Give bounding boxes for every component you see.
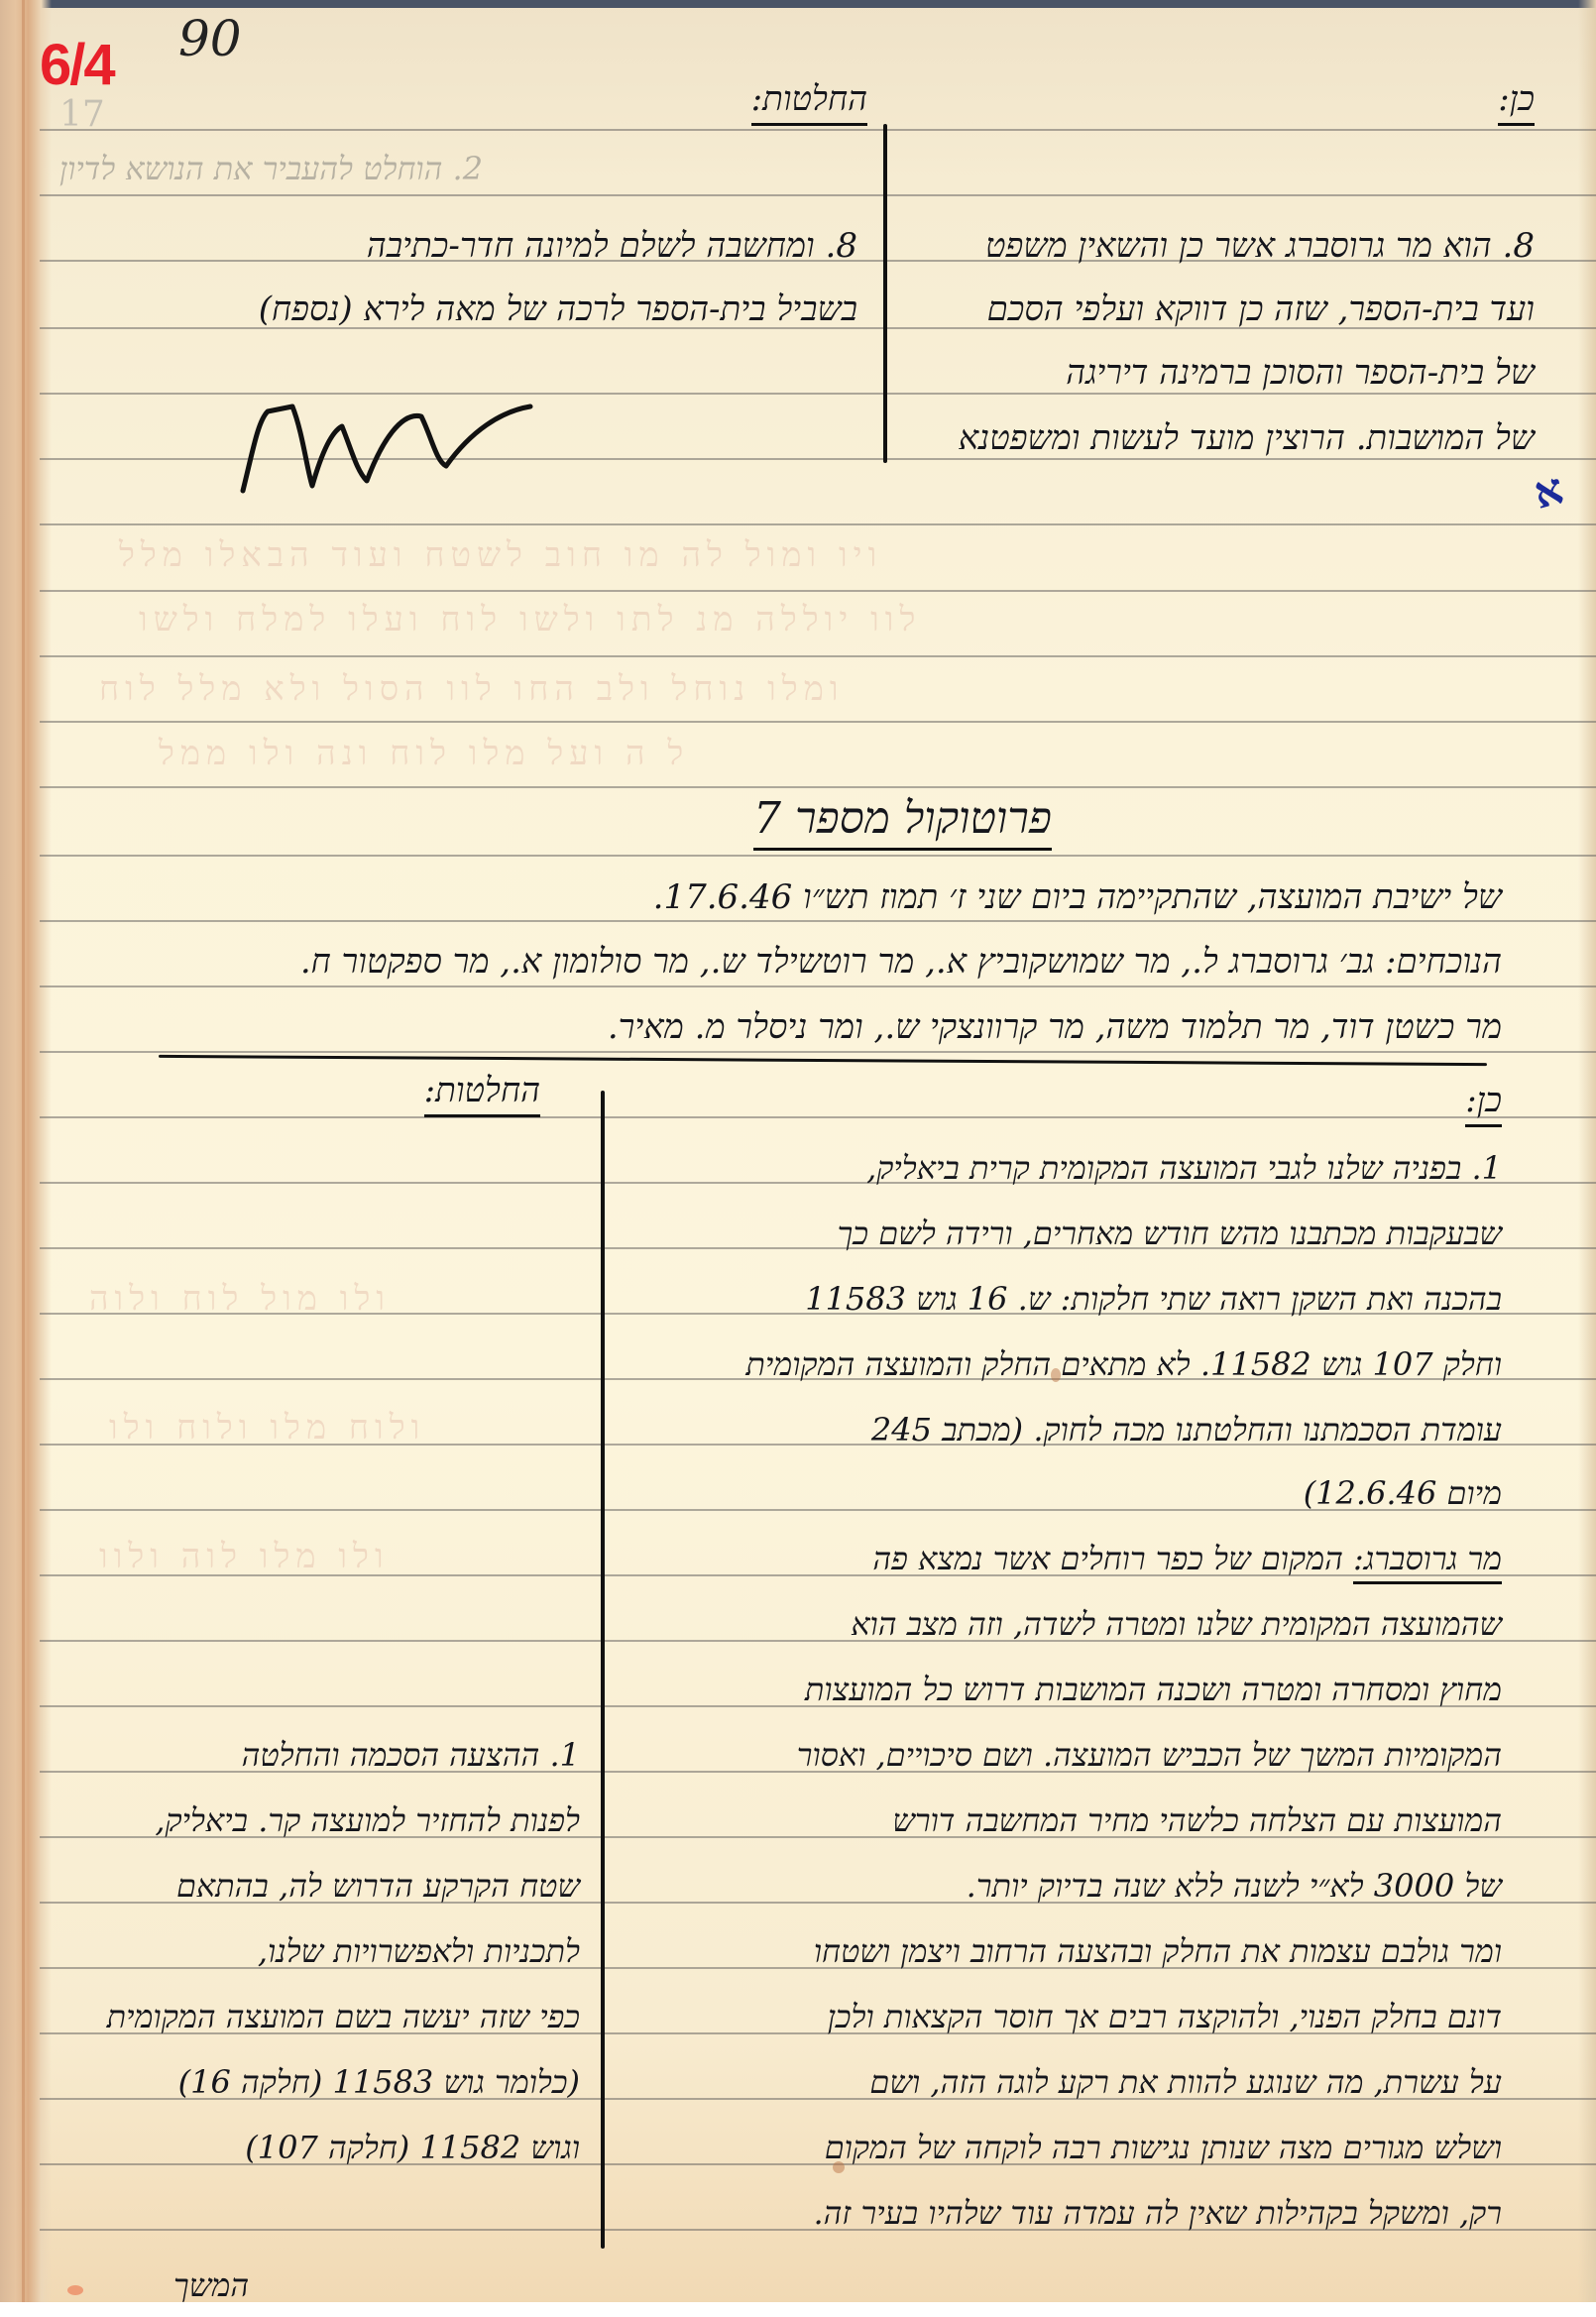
signature [233, 392, 540, 501]
decision-line: וגוש 11582 (חלקה 107) [245, 2128, 580, 2167]
ruled-line [40, 786, 1596, 788]
bleed-through-text: ל ה ועל מלו לוח ונה ולו ממל [159, 734, 689, 773]
ruled-line [40, 1116, 1596, 1118]
bottom-left-header: החלטות: [424, 1071, 540, 1117]
item-line: של 3000 לא״י לשנה ללא שנה בדיוק יותר. [967, 1866, 1502, 1906]
item-line: על עשרת, מה שנוגע להוות את רקע לוגה הזה,… [869, 2062, 1502, 2102]
top-left-header: החלטות: [751, 79, 867, 126]
top-right-header: כן: [1498, 79, 1535, 126]
item-line: ועד בית-הספר, שזה כן דווקא ועלפי הסכם [987, 290, 1535, 329]
decision-line: לתכניות ולאפשרויות שלנו, [258, 1931, 580, 1971]
protocol-header-line: של ישיבת המועצה, שהתקיימה ביום שני ז׳ תמ… [653, 877, 1502, 917]
ruled-line [40, 194, 1596, 196]
notebook-page: ויו ומול לה מו חוב לשטח ועוד הבאלו מלל ל… [0, 0, 1596, 2302]
page-binding-edge [0, 0, 52, 2302]
item-number: 1. [1471, 1149, 1502, 1187]
item-line: 8. ומחשבה לשלם למיונה חדר-כתיבה [367, 226, 857, 266]
item-line: בהכנה ואת השקן רואה שתי חלקות: ש. 16 גוש… [805, 1279, 1502, 1319]
ink-stain [833, 2161, 845, 2173]
scan-top-border [0, 0, 1596, 8]
bleed-through-text: ויו ומול לה מו חוב לשטח ועוד הבאלו מלל [119, 535, 882, 575]
item-number: 8. [826, 226, 857, 266]
faint-item-2: 2. הוחלט להעביר את הנושא לדיון [59, 149, 483, 188]
decision-line: 1. ההצעה הסכמה והחלטה [242, 1735, 580, 1775]
item-number: 1. [549, 1736, 580, 1774]
attendees-line: מר כשטן דוד, מר תלמוד משה, מר קרוונצקי ש… [608, 1007, 1502, 1047]
attendees-line: הנוכחים: גב׳ גרוסברג ל., מר שמושקוביץ א.… [300, 942, 1502, 982]
item-line: וחלק 107 גוש 11582. לא מתאים החלק והמועצ… [745, 1344, 1502, 1384]
margin-mark: א [1529, 463, 1569, 520]
item-line: דונם בחלק הפנוי, ולהוקצה רבים אך חוסר הק… [828, 1997, 1502, 2036]
item-line: 8. הוא מר גרוסברג אשר כן והשאין משפט [985, 226, 1535, 266]
protocol-title: פרוטוקול מספר 7 [753, 793, 1052, 851]
item-line: 1. בפניה שלנו לגבי המועצה המקומית קרית ב… [866, 1148, 1502, 1188]
item-line: של בית-הספר והסוכן ברמינה דיריגה [1066, 353, 1535, 393]
bottom-column-divider [601, 1091, 605, 2249]
ruled-line [40, 590, 1596, 592]
page-right-edge [1578, 0, 1596, 2302]
ruled-line [40, 129, 1596, 131]
item-number: 8. [1503, 226, 1535, 266]
item-line: המקומיות המשך של הכביש המועצה. ושם סיכוי… [797, 1735, 1502, 1775]
item-line: רק, ומשקל בקהילות שאין לה עמדה עוד שלהיו… [813, 2193, 1502, 2233]
item-line: מר גרוסברג: המקום של כפר רוחלים אשר נמצא… [872, 1539, 1502, 1578]
speaker-name: מר גרוסברג: [1353, 1540, 1502, 1584]
ruled-line [40, 1051, 1596, 1053]
item-line: בשביל בית-הספר לרכה של מאה לירא (נספח) [259, 290, 857, 329]
ruled-line [40, 920, 1596, 922]
item-line: של המושבות. הרוצין מועד לעשות ומשפטנא [959, 418, 1535, 458]
top-column-divider [883, 124, 887, 463]
item-line: מחוץ ומסחרה ומטרה ושכנה המושבות דרוש כל … [805, 1670, 1502, 1709]
ruled-line [40, 721, 1596, 723]
page-number: 90 [178, 10, 242, 67]
ruled-line [40, 985, 1596, 987]
decision-line: כפי שזה יעשה בשם המועצה המקומית [107, 1997, 580, 2036]
continuation-fragment: המשך [173, 2265, 249, 2302]
scan-bottom-margin [0, 2302, 1596, 2317]
item-line: שבעקבות מכתבנו מהש חודש מאחרים, ורידה לש… [838, 1214, 1502, 1253]
bleed-through-text: ולו מלו לוה ולוו [99, 1537, 390, 1576]
bottom-right-header: כן: [1465, 1081, 1502, 1127]
ruled-line [40, 855, 1596, 857]
item-line: ומר גולבם עצמות את החלק ובהצעה הרחוב ויצ… [814, 1931, 1502, 1971]
faint-page-mark: 17 [59, 94, 105, 135]
section-separator [159, 1055, 1487, 1066]
ruled-line [40, 523, 1596, 525]
item-line: ושלש מגורים מצה שנותן נגישות רבה לוקחה ש… [825, 2128, 1502, 2167]
decision-line: שטח הקרקע הדרוש לה, בהתאם [176, 1866, 580, 1906]
ruled-line [40, 655, 1596, 657]
bleed-through-text: ולוח מלו ולוח ולו [109, 1408, 425, 1448]
decision-line: לפנות להחזיר למועצה קר. ביאליק, [155, 1800, 580, 1840]
item-line: עומדת הסכמתנו והחלטתנו מכה לחוק. (מכתב 2… [871, 1410, 1502, 1449]
bleed-through-text: ולו מול לוח ולוה [89, 1279, 391, 1319]
item-line: שהמועצה המקומית שלנו ומטרה לשדה, וזה מצב… [851, 1604, 1502, 1644]
bleed-through-text: ומלו נוחל ולב החו לוו הסול ולא מלל לוח [99, 669, 845, 709]
bleed-through-text: לוו יוללה מנ לתו ולשו לוח ועלו למלח ולשו [139, 600, 921, 639]
item-line: מיום 12.6.46) [1304, 1473, 1502, 1513]
item-line: המועצות עם הצלחה כלשהי מחיר המחשבה דורש [892, 1800, 1502, 1840]
decision-line: (כלומר גוש 11583 (חלקה 16) [178, 2062, 580, 2102]
ink-stain [67, 2285, 83, 2295]
ink-stain [1051, 1368, 1061, 1382]
archive-stamp-label: 6/4 [40, 32, 114, 98]
